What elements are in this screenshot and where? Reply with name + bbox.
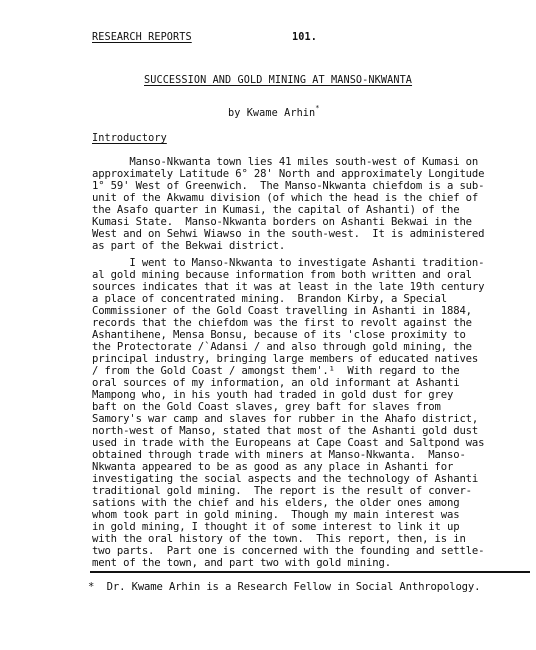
text-line: the Asafo quarter in Kumasi, the capital… [92,204,459,216]
section-heading: Introductory [92,133,167,144]
text-line: approximately Latitude 6° 28' North and … [92,168,484,180]
text-line: Commissioner of the Gold Coast travellin… [92,305,472,317]
footnote-divider [90,571,530,573]
text-line: obtained through trade with miners at Ma… [92,449,466,461]
running-title: RESEARCH REPORTS [92,32,192,43]
text-line: / from the Gold Coast / amongst them'.¹ … [92,365,459,377]
text-line: 1° 59' West of Greenwich. The Manso-Nkwa… [92,180,484,192]
text-line: Kumasi State. Manso-Nkwanta borders on A… [92,216,472,228]
text-line: two parts. Part one is concerned with th… [92,545,484,557]
text-line: al gold mining because information from … [92,269,472,281]
text-line: Mampong who, in his youth had traded in … [92,389,453,401]
text-line: I went to Manso-Nkwanta to investigate A… [92,257,484,269]
footnote: * Dr. Kwame Arhin is a Research Fellow i… [88,581,480,593]
text-line: as part of the Bekwai district. [92,240,285,252]
text-line: in gold mining, I thought it of some int… [92,521,459,533]
text-line: Ashantihene, Mensa Bonsu, because of its… [92,329,466,341]
text-line: Samory's war camp and slaves for rubber … [92,413,478,425]
byline-text: by Kwame Arhin [228,108,315,119]
text-line: north-west of Manso, stated that most of… [92,425,478,437]
text-line: the Protectorate /`Adansi / and also thr… [92,341,472,353]
text-line: unit of the Akwamu division (of which th… [92,192,478,204]
text-line: sations with the chief and his elders, t… [92,497,459,509]
article-title: SUCCESSION AND GOLD MINING AT MANSO-NKWA… [144,75,412,86]
page-number: 101. [292,32,317,43]
text-line: oral sources of my information, an old i… [92,377,459,389]
byline: by Kwame Arhin* [228,108,320,119]
text-line: Manso-Nkwanta town lies 41 miles south-w… [92,156,478,168]
footnote-marker: * [315,104,319,112]
text-line: sources indicates that it was at least i… [92,281,484,293]
text-line: West and on Sehwi Wiawso in the south-we… [92,228,484,240]
text-line: baft on the Gold Coast slaves, grey baft… [92,401,441,413]
text-line: with the oral history of the town. This … [92,533,466,545]
text-line: ment of the town, and part two with gold… [92,557,391,569]
text-line: a place of concentrated mining. Brandon … [92,293,447,305]
text-line: principal industry, bringing large membe… [92,353,478,365]
text-line: traditional gold mining. The report is t… [92,485,472,497]
text-line: Nkwanta appeared to be as good as any pl… [92,461,453,473]
text-line: whom took part in gold mining. Though my… [92,509,459,521]
text-line: records that the chiefdom was the first … [92,317,472,329]
text-line: investigating the social aspects and the… [92,473,478,485]
text-line: used in trade with the Europeans at Cape… [92,437,484,449]
